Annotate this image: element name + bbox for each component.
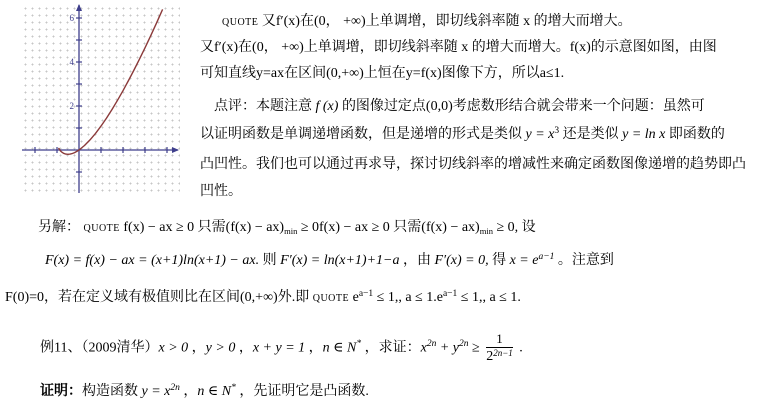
subscript-min: min	[480, 226, 493, 236]
math-fx: f (x)	[312, 99, 342, 114]
function-plot-svg: 246	[20, 3, 180, 196]
math-n-in-N: n ∈ N	[323, 340, 357, 355]
math-x: x	[421, 340, 427, 355]
fraction: 122n−1	[486, 332, 513, 364]
math-x-eq-e: x = e	[510, 253, 539, 268]
text-line-4: 点评：本题注意 f (x) 的图像过定点(0,0)考虑数形结合就会带来一个问题：…	[214, 98, 705, 116]
text-line-11: 例11、（2009清华）x > 0 ，y > 0 ，x + y = 1 ，n ∈…	[40, 332, 523, 364]
fraction-denominator: 22n−1	[486, 348, 513, 365]
quote-field-code: QUOTE	[313, 293, 349, 304]
exponent-3: 3	[554, 126, 559, 136]
y-tick-label: 6	[70, 13, 75, 23]
superscript-star: *	[356, 339, 361, 349]
text-line-10: F(0)=0，若在定义域有极值则比在区间(0,+∞)外.即 QUOTE ea−1…	[5, 289, 521, 307]
math-inequality: ≤ 1,, a ≤ 1.e	[373, 290, 443, 305]
math-inequality: ≤ 1,, a ≤ 1.	[457, 290, 521, 305]
line-text: F(0)=0，若在定义域有极值则比在区间(0,+∞)外.即	[5, 290, 313, 305]
quote-field-code: QUOTE	[84, 223, 120, 234]
line-text: 即函数的	[665, 127, 725, 142]
line-text: ，	[188, 340, 206, 355]
math-y-eq-x: y = x	[526, 127, 555, 142]
line-text: ，先证明它是凸函数.	[236, 384, 369, 399]
exponent-a-minus-1: a−1	[538, 252, 554, 262]
function-plot: 246	[20, 3, 180, 196]
line-text: ，由	[399, 253, 434, 268]
line-text: 构造函数	[82, 384, 142, 399]
text-line-7: 凹性。	[200, 183, 242, 201]
line-text: 可知直线y=ax在区间(0,+∞)上恒在y=f(x)图像下方，所以a≤1.	[200, 66, 564, 81]
line-text: ，	[180, 384, 198, 399]
line-text: 还是类似	[559, 127, 622, 142]
text-line-8: 另解： QUOTE f(x) − ax ≥ 0 只需(f(x) − ax)min…	[38, 219, 536, 237]
math-expr: (f(x) − ax)	[421, 220, 479, 235]
line-text: 点评：本题注意	[214, 99, 312, 114]
math-inequality: ≥ 0f(x) − ax ≥ 0	[297, 220, 393, 235]
line-text: 只需	[393, 220, 421, 235]
text-line-5: 以证明函数是单调递增函数，但是递增的形式是类似 y = x3 还是类似 y = …	[200, 126, 725, 144]
math-inequality: ≥ 0,	[493, 220, 518, 235]
math-y-eq-lnx: y = ln x	[622, 127, 665, 142]
line-text: 设	[518, 220, 536, 235]
line-text: ，求证：	[361, 340, 421, 355]
text-line-1: QUOTE 又f′(x)在(0， +∞)上单调增，即切线斜率随 x 的增大而增大…	[222, 13, 632, 31]
exponent-a-minus-1: a−1	[443, 289, 457, 299]
line-text: 凹性。	[200, 184, 242, 199]
math-plus-y: + y	[436, 340, 459, 355]
y-tick-label: 2	[70, 101, 75, 111]
line-text: 以证明函数是单调递增函数，但是递增的形式是类似	[200, 127, 526, 142]
math-y-eq-x: y = x	[142, 384, 171, 399]
math-n-in-N: n ∈ N	[197, 384, 231, 399]
text-line-12: 证明：构造函数 y = x2n ，n ∈ N* ，先证明它是凸函数.	[40, 383, 369, 401]
text-line-6: 凸凹性。我们也可以通过再求导，探讨切线斜率的增减性来确定函数图像递增的趋势即凸	[200, 156, 746, 174]
example-11-label: 例11、（2009清华）	[40, 340, 158, 355]
curve-fx	[59, 9, 163, 154]
math-x-gt-0: x > 0	[158, 340, 188, 355]
exponent-2n: 2n	[459, 339, 469, 349]
line-text: 。注意到	[554, 253, 614, 268]
exponent-a-minus-1: a−1	[359, 289, 373, 299]
text-line-9: F(x) = f(x) − ax = (x+1)ln(x+1) − ax. 则 …	[45, 252, 614, 270]
line-text: 的图像过定点(0,0)考虑数形结合就会带来一个问题：虽然可	[342, 99, 705, 114]
line-text: 则	[259, 253, 280, 268]
text-line-2: 又f′(x)在(0， +∞)上单调增，即切线斜率随 x 的增大而增大。f(x)的…	[200, 39, 717, 57]
quote-field-code: QUOTE	[222, 17, 258, 28]
math-expr: (f(x) − ax)	[226, 220, 284, 235]
line-text: 又f′(x)在(0， +∞)上单调增，即切线斜率随 x 的增大而增大。	[258, 14, 631, 29]
math-y-gt-0: y > 0	[206, 340, 236, 355]
text-line-3: 可知直线y=ax在区间(0,+∞)上恒在y=f(x)图像下方，所以a≤1.	[200, 65, 564, 83]
fraction-numerator: 1	[486, 332, 513, 348]
line-text: .	[516, 340, 523, 355]
alt-solution-label: 另解：	[38, 220, 84, 235]
line-text: 凸凹性。我们也可以通过再求导，探讨切线斜率的增减性来确定函数图像递增的趋势即凸	[200, 157, 746, 172]
x-axis-arrow	[172, 147, 179, 153]
line-text: 得	[489, 253, 510, 268]
superscript-star: *	[231, 383, 236, 393]
math-x-plus-y: x + y = 1	[253, 340, 305, 355]
exponent-2n: 2n	[170, 383, 180, 393]
y-axis-arrow	[76, 4, 82, 11]
denominator-exponent: 2n−1	[493, 348, 513, 358]
math-F-prime: F′(x) = ln(x+1)+1−a	[280, 253, 399, 268]
proof-label: 证明：	[40, 384, 82, 399]
math-geq: ≥	[469, 340, 484, 355]
math-Fx-def: F(x) = f(x) − ax = (x+1)ln(x+1) − ax.	[45, 253, 259, 268]
math-document-page: 246 QUOTE 又f′(x)在(0， +∞)上单调增，即切线斜率随 x 的增…	[0, 0, 759, 416]
y-tick-label: 4	[70, 57, 75, 67]
exponent-2n: 2n	[427, 339, 437, 349]
math-inequality: f(x) − ax ≥ 0	[120, 220, 198, 235]
line-text: ，	[305, 340, 323, 355]
line-text: 又f′(x)在(0， +∞)上单调增，即切线斜率随 x 的增大而增大。f(x)的…	[200, 40, 717, 55]
line-text: ，	[235, 340, 253, 355]
subscript-min: min	[284, 226, 297, 236]
line-text: 只需	[198, 220, 226, 235]
math-F-prime-zero: F′(x) = 0,	[434, 253, 488, 268]
math-e: e	[349, 290, 359, 305]
